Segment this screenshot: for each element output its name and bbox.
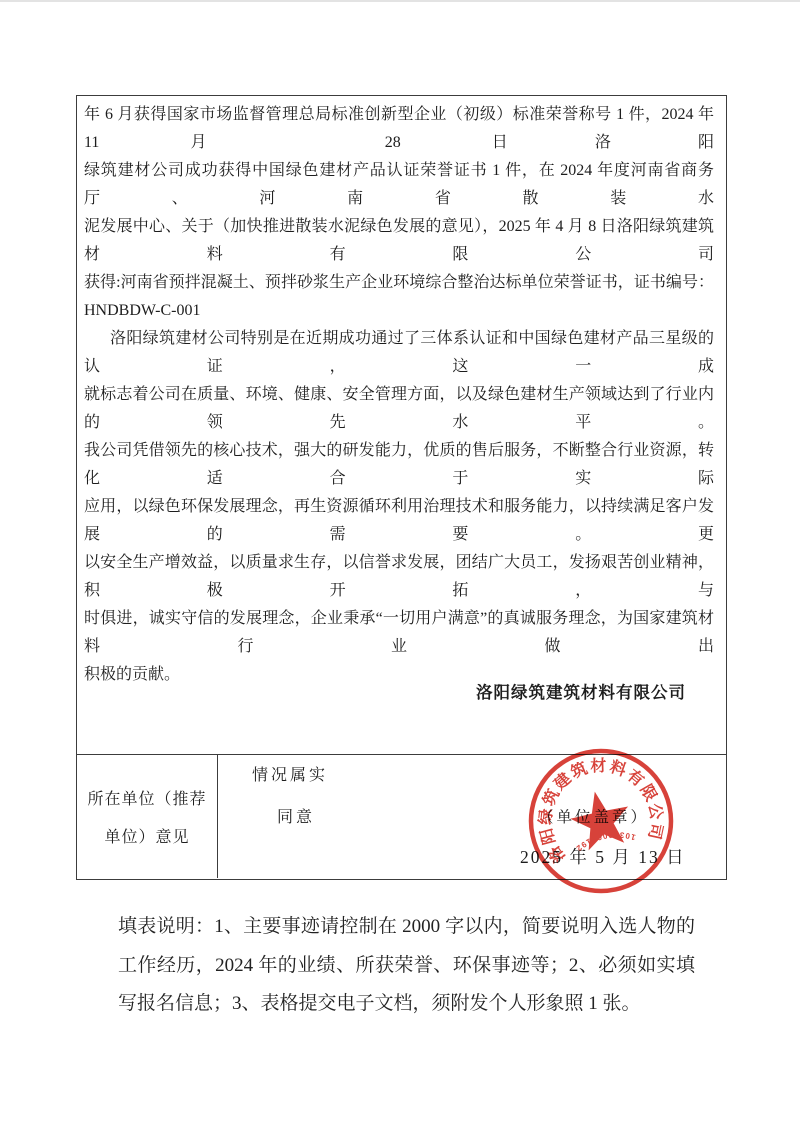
row-label-line: 单位）意见 (104, 824, 189, 847)
statement-line: 时俱进，诚实守信的发展理念，企业秉承“一切用户满意”的真诚服务理念，为国家建筑材… (84, 605, 714, 661)
statement-line: 洛阳绿筑建材公司特别是在近期成功通过了三体系认证和中国绿色建材产品三星级的认证，… (84, 325, 714, 381)
opinion-row: 所在单位（推荐 单位）意见 情况属实 同意 （单位盖章） 2025 年 5 月 … (77, 755, 726, 878)
opinion-date: 2025 年 5 月 13 日 (520, 844, 686, 869)
statement-line: 就标志着公司在质量、环境、健康、安全管理方面，以及绿色建材生产领域达到了行业内的… (84, 381, 714, 437)
main-statement-cell: 年 6 月获得国家市场监督管理总局标准创新型企业（初级）标准荣誉称号 1 件，2… (77, 96, 726, 755)
form-table: 年 6 月获得国家市场监督管理总局标准创新型企业（初级）标准荣誉称号 1 件，2… (76, 95, 727, 880)
seal-hint-text: （单位盖章） (538, 805, 649, 827)
statement-line: 绿筑建材公司成功获得中国绿色建材产品认证荣誉证书 1 件，在 2024 年度河南… (84, 157, 714, 213)
instruction-line: 填表说明：1、主要事迹请控制在 2000 字以内，简要说明入选人物的 (118, 908, 695, 947)
agree-text: 同意 (277, 804, 315, 827)
statement-line: 以安全生产增效益，以质量求生存，以信誉求发展，团结广大员工，发扬艰苦创业精神，积… (84, 549, 714, 605)
statement-line: 获得:河南省预拌混凝土、预拌砂浆生产企业环境综合整治达标单位荣誉证书，证书编号：… (84, 269, 714, 325)
statement-line: 泥发展中心、关于（加快推进散装水泥绿色发展的意见），2025 年 4 月 8 日… (84, 213, 714, 269)
opinion-content-cell: 情况属实 同意 （单位盖章） 2025 年 5 月 13 日 (218, 755, 726, 878)
document-page: 年 6 月获得国家市场监督管理总局标准创新型企业（初级）标准荣誉称号 1 件，2… (0, 0, 800, 1130)
recommending-unit-label-cell: 所在单位（推荐 单位）意见 (77, 755, 218, 878)
row-label-line: 所在单位（推荐 (87, 786, 206, 809)
statement-line: 我公司凭借领先的核心技术，强大的研发能力，优质的售后服务，不断整合行业资源，转化… (84, 437, 714, 493)
instruction-line: 工作经历，2024 年的业绩、所获荣誉、环保事迹等；2、必须如实填 (118, 947, 695, 986)
statement-line: 年 6 月获得国家市场监督管理总局标准创新型企业（初级）标准荣誉称号 1 件，2… (84, 101, 714, 157)
verified-text: 情况属实 (252, 762, 328, 785)
form-instructions: 填表说明：1、主要事迹请控制在 2000 字以内，简要说明入选人物的 工作经历，… (118, 908, 695, 1024)
scan-edge-artifact (0, 0, 800, 2)
statement-line: 应用，以绿色环保发展理念，再生资源循环利用治理技术和服务能力，以持续满足客户发展… (84, 493, 714, 549)
instruction-line: 写报名信息；3、表格提交电子文档，须附发个人形象照 1 张。 (118, 985, 695, 1024)
